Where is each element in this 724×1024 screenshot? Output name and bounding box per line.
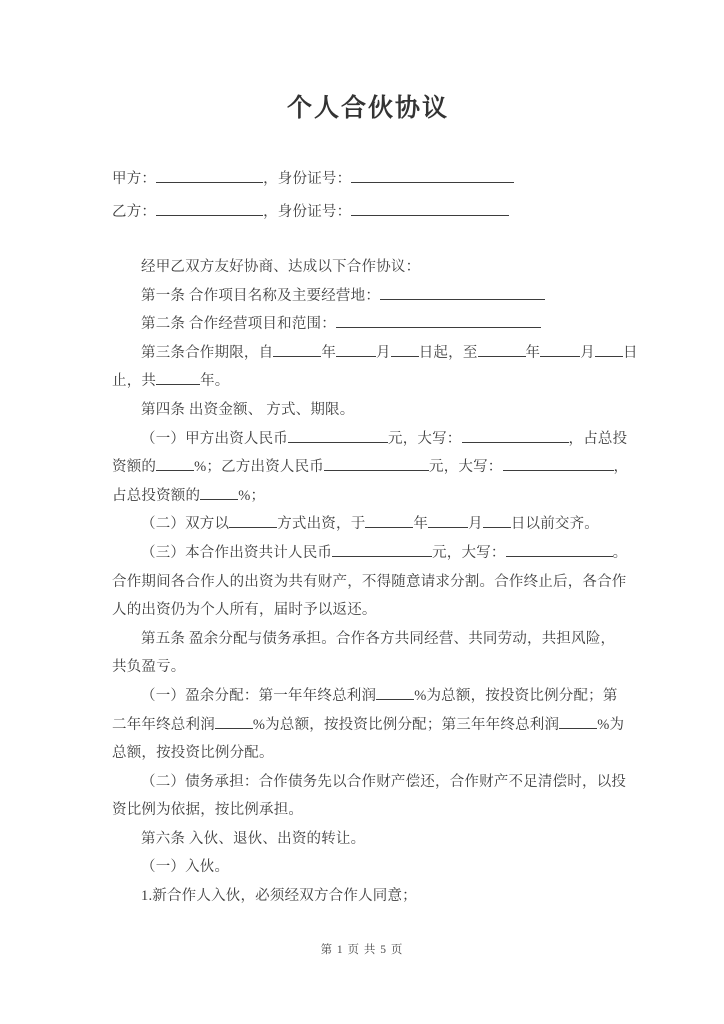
text-run: 月: [580, 345, 595, 361]
document-page: 个人合伙协议 甲方：，身份证号：乙方：，身份证号： 经甲乙双方友好协商、达成以下…: [0, 0, 724, 1024]
blank-field: [332, 543, 432, 557]
document-line: （一）入伙。: [112, 853, 624, 882]
text-run: %为: [597, 717, 624, 733]
document-line: 合作期间各合作人的出资为共有财产，不得随意请求分割。合作终止后，各合作: [112, 568, 624, 597]
text-run: 第六条 入伙、退伙、出资的转让。: [141, 831, 365, 847]
text-run: 日起，至: [419, 345, 478, 361]
blank-field: [506, 543, 613, 557]
text-run: 合作期间各合作人的出资为共有财产，不得随意请求分割。合作终止后，各合作: [112, 574, 627, 590]
blank-field: [288, 429, 388, 443]
blank-field: [156, 457, 194, 471]
text-run: 第三条合作期限，自: [141, 345, 273, 361]
text-run: 资额的: [112, 459, 156, 475]
document-line: （一）甲方出资人民币元，大写：，占总投: [112, 425, 624, 454]
document-line: 第五条 盈余分配与债务承担。合作各方共同经营、共同劳动，共担风险，: [112, 625, 624, 654]
document-line: 甲方：，身份证号：: [112, 163, 624, 196]
text-run: 共负盈亏。: [112, 659, 186, 675]
text-run: ，占总投: [569, 431, 628, 447]
blank-field: [428, 514, 468, 528]
blank-field: [478, 343, 526, 357]
blank-field: [462, 429, 569, 443]
blank-field: [229, 514, 277, 528]
text-run: ，身份证号：: [263, 204, 351, 220]
blank-field: [156, 371, 200, 385]
document-line: 占总投资额的%；: [112, 482, 624, 511]
document-line: （二）双方以方式出资，于年月日以前交齐。: [112, 510, 624, 539]
blank-field: [559, 715, 597, 729]
text-run: 年: [321, 345, 336, 361]
document-line: 第四条 出资金额、 方式、期限。: [112, 396, 624, 425]
document-line: 人的出资仍为个人所有，届时予以返还。: [112, 596, 624, 625]
party-lines-block: 甲方：，身份证号：乙方：，身份证号：: [112, 163, 624, 229]
text-run: （一）盈余分配：第一年年终总利润: [141, 688, 376, 704]
text-run: 第二条 合作经营项目和范围：: [141, 316, 336, 332]
blank-field: [483, 514, 511, 528]
blank-field: [336, 343, 376, 357]
text-run: （一）入伙。: [141, 859, 229, 875]
text-run: 方式出资，于: [277, 516, 365, 532]
blank-field: [273, 343, 321, 357]
text-run: 乙方：: [112, 204, 156, 220]
text-run: ，身份证号：: [263, 171, 351, 187]
document-line: 第二条 合作经营项目和范围：: [112, 310, 624, 339]
document-line: 1.新合作人入伙，必须经双方合作人同意；: [112, 882, 624, 911]
text-run: （二）双方以: [141, 516, 229, 532]
text-run: 第四条 出资金额、 方式、期限。: [141, 402, 354, 418]
text-run: 年: [526, 345, 541, 361]
document-line: （三）本合作出资共计人民币元，大写：。: [112, 539, 624, 568]
text-run: %为总额，按投资比例分配；第三年年终总利润: [253, 717, 559, 733]
text-run: 日以前交齐。: [511, 516, 599, 532]
document-line: 第一条 合作项目名称及主要经营地：: [112, 282, 624, 311]
blank-field: [365, 514, 413, 528]
text-run: 人的出资仍为个人所有，届时予以返还。: [112, 602, 377, 618]
document-content: 个人合伙协议 甲方：，身份证号：乙方：，身份证号： 经甲乙双方友好协商、达成以下…: [112, 92, 624, 911]
document-line: 总额，按投资比例分配。: [112, 739, 624, 768]
text-run: %；乙方出资人民币: [194, 459, 324, 475]
blank-field: [503, 457, 614, 471]
blank-field: [391, 343, 419, 357]
page-footer: 第 1 页 共 5 页: [0, 941, 724, 957]
blank-field: [324, 457, 429, 471]
text-run: 1.新合作人入伙，必须经双方合作人同意；: [141, 888, 417, 904]
blank-field: [215, 715, 253, 729]
blank-field: [351, 202, 509, 216]
text-run: 止，共: [112, 373, 156, 389]
text-run: 总额，按投资比例分配。: [112, 745, 274, 761]
text-run: （三）本合作出资共计人民币: [141, 545, 332, 561]
document-line: 二年年终总利润%为总额，按投资比例分配；第三年年终总利润%为: [112, 711, 624, 740]
blank-field: [336, 314, 541, 328]
text-run: 元，大写：: [432, 545, 506, 561]
text-run: 日: [623, 345, 638, 361]
document-line: （一）盈余分配：第一年年终总利润%为总额，按投资比例分配；第: [112, 682, 624, 711]
text-run: 资比例为依据，按比例承担。: [112, 802, 303, 818]
document-line: 第三条合作期限，自年月日起，至年月日: [112, 339, 624, 368]
blank-field: [595, 343, 623, 357]
document-line: 资额的%；乙方出资人民币元，大写：，: [112, 453, 624, 482]
text-run: 二年年终总利润: [112, 717, 215, 733]
document-line: 第六条 入伙、退伙、出资的转让。: [112, 825, 624, 854]
blank-field: [200, 486, 238, 500]
text-run: 甲方：: [112, 171, 156, 187]
document-line: 资比例为依据，按比例承担。: [112, 796, 624, 825]
document-line: （二）债务承担：合作债务先以合作财产偿还，合作财产不足清偿时，以投: [112, 768, 624, 797]
document-line: 经甲乙双方友好协商、达成以下合作协议：: [112, 253, 624, 282]
document-title: 个人合伙协议: [112, 92, 624, 126]
text-run: %；: [238, 488, 265, 504]
body-lines-block: 经甲乙双方友好协商、达成以下合作协议：第一条 合作项目名称及主要经营地：第二条 …: [112, 253, 624, 911]
blank-field: [156, 202, 263, 216]
text-run: 经甲乙双方友好协商、达成以下合作协议：: [141, 259, 420, 275]
blank-field: [351, 169, 514, 183]
text-run: （二）债务承担：合作债务先以合作财产偿还，合作财产不足清偿时，以投: [141, 774, 626, 790]
blank-field: [156, 169, 263, 183]
blank-field: [540, 343, 580, 357]
document-line: 止，共年。: [112, 367, 624, 396]
text-run: 元，大写：: [429, 459, 503, 475]
text-run: 占总投资额的: [112, 488, 200, 504]
text-run: （一）甲方出资人民币: [141, 431, 288, 447]
text-run: 年: [413, 516, 428, 532]
text-run: 月: [376, 345, 391, 361]
text-run: 第五条 盈余分配与债务承担。合作各方共同经营、共同劳动，共担风险，: [141, 631, 615, 647]
text-run: 。: [613, 545, 628, 561]
blank-field: [376, 686, 414, 700]
blank-field: [380, 286, 545, 300]
text-run: 年。: [200, 373, 229, 389]
document-line: 共负盈亏。: [112, 653, 624, 682]
text-run: %为总额，按投资比例分配；第: [414, 688, 617, 704]
text-run: 月: [468, 516, 483, 532]
text-run: 元，大写：: [388, 431, 462, 447]
text-run: 第一条 合作项目名称及主要经营地：: [141, 288, 380, 304]
text-run: ，: [614, 459, 629, 475]
document-line: 乙方：，身份证号：: [112, 196, 624, 229]
